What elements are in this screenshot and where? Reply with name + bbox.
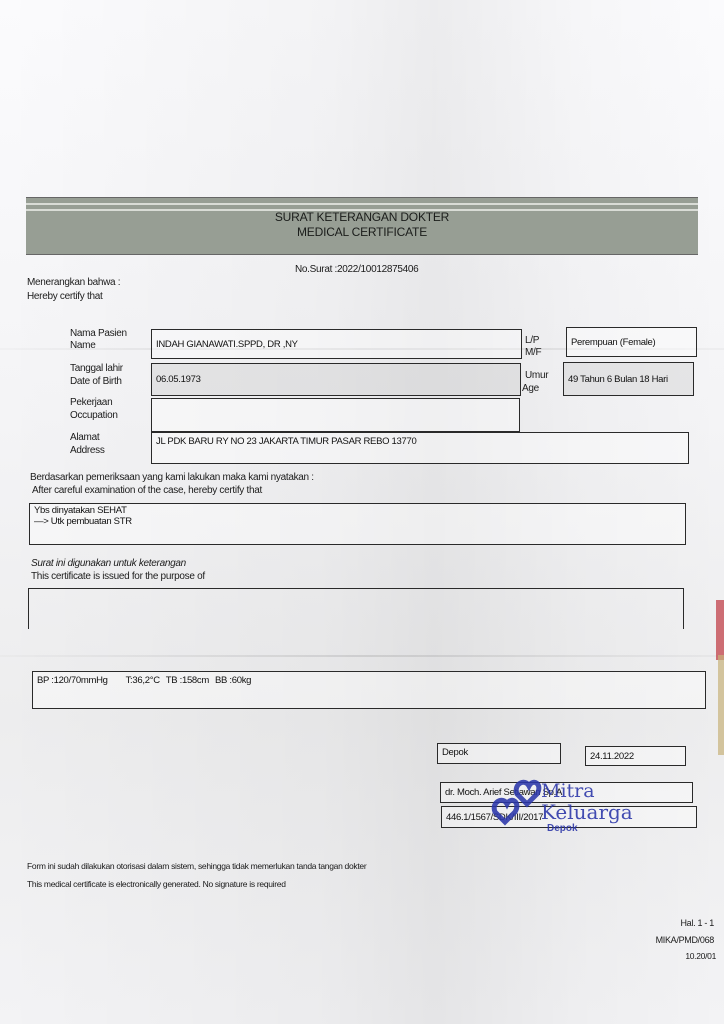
age-label-en: Age bbox=[522, 382, 539, 395]
form-code: MIKA/PMD/068 bbox=[656, 935, 714, 945]
place-value: Depok bbox=[442, 747, 468, 758]
date-field: 24.11.2022 bbox=[585, 746, 686, 766]
address-label-en: Address bbox=[70, 444, 105, 457]
name-label-en: Name bbox=[70, 339, 95, 352]
dob-value: 06.05.1973 bbox=[156, 374, 201, 385]
vitals-height: TB :158cm bbox=[166, 675, 209, 686]
letter-number: No.Surat :2022/10012875406 bbox=[295, 264, 418, 275]
dob-field: 06.05.1973 bbox=[151, 363, 521, 396]
address-label-id: Alamat bbox=[70, 431, 99, 444]
certificate-header: SURAT KETERANGAN DOKTER MEDICAL CERTIFIC… bbox=[26, 197, 698, 255]
age-label-id: Umur bbox=[525, 369, 548, 382]
intro-indonesian: Menerangkan bahwa : bbox=[27, 276, 120, 289]
doctor-name-field: dr. Moch. Arief Setiawan Sp.A bbox=[440, 782, 693, 803]
purpose-label-id: Surat ini digunakan untuk keterangan bbox=[31, 557, 186, 570]
sex-label-en: M/F bbox=[525, 346, 541, 359]
address-field: JL PDK BARU RY NO 23 JAKARTA TIMUR PASAR… bbox=[151, 432, 689, 464]
sex-field: Perempuan (Female) bbox=[566, 327, 697, 357]
dob-label-en: Date of Birth bbox=[70, 375, 122, 388]
age-field: 49 Tahun 6 Bulan 18 Hari bbox=[563, 362, 694, 396]
vitals-weight: BB :60kg bbox=[215, 675, 251, 686]
place-field: Depok bbox=[437, 743, 561, 764]
age-value: 49 Tahun 6 Bulan 18 Hari bbox=[568, 374, 668, 385]
doctor-name-value: dr. Moch. Arief Setiawan Sp.A bbox=[445, 787, 562, 798]
footer-note-en: This medical certificate is electronical… bbox=[27, 879, 286, 889]
exam-label-en: After careful examination of the case, h… bbox=[32, 484, 262, 497]
title-indonesian: SURAT KETERANGAN DOKTER bbox=[26, 210, 698, 224]
purpose-field bbox=[28, 588, 684, 629]
title-english: MEDICAL CERTIFICATE bbox=[26, 225, 698, 239]
background-edge bbox=[716, 600, 724, 660]
occupation-field bbox=[151, 398, 520, 432]
vitals-field: BP :120/70mmHg T:36,2°C TB :158cm BB :60… bbox=[32, 671, 706, 709]
license-field: 446.1/1567/SDK/III/2017 bbox=[441, 806, 697, 828]
patient-name-field: INDAH GIANAWATI.SPPD, DR ,NY bbox=[151, 329, 522, 359]
occupation-label-en: Occupation bbox=[70, 409, 118, 422]
footer-note-id: Form ini sudah dilakukan otorisasi dalam… bbox=[27, 861, 366, 871]
page-number: Hal. 1 - 1 bbox=[680, 918, 714, 928]
license-value: 446.1/1567/SDK/III/2017 bbox=[446, 812, 543, 823]
background-edge bbox=[718, 655, 724, 755]
hospital-stamp: Mitra Keluarga Depok bbox=[487, 770, 637, 840]
patient-name-value: INDAH GIANAWATI.SPPD, DR ,NY bbox=[156, 339, 298, 350]
intro-english: Hereby certify that bbox=[27, 290, 102, 303]
sex-value: Perempuan (Female) bbox=[571, 337, 655, 348]
exam-result-line2: —> Utk pembuatan STR bbox=[34, 516, 132, 527]
paper-fold bbox=[0, 655, 724, 657]
dob-label-id: Tanggal lahir bbox=[70, 362, 123, 375]
occupation-label-id: Pekerjaan bbox=[70, 396, 112, 409]
address-value: JL PDK BARU RY NO 23 JAKARTA TIMUR PASAR… bbox=[156, 436, 416, 447]
exam-result-line1: Ybs dinyatakan SEHAT bbox=[34, 505, 127, 516]
exam-label-id: Berdasarkan pemeriksaan yang kami lakuka… bbox=[30, 471, 314, 484]
date-value: 24.11.2022 bbox=[590, 751, 634, 762]
exam-result-field: Ybs dinyatakan SEHAT —> Utk pembuatan ST… bbox=[29, 503, 686, 545]
purpose-label-en: This certificate is issued for the purpo… bbox=[31, 570, 205, 583]
vitals-temperature: T:36,2°C bbox=[126, 675, 160, 686]
form-version: 10.20/01 bbox=[685, 951, 716, 961]
vitals-bp: BP :120/70mmHg bbox=[37, 675, 108, 686]
